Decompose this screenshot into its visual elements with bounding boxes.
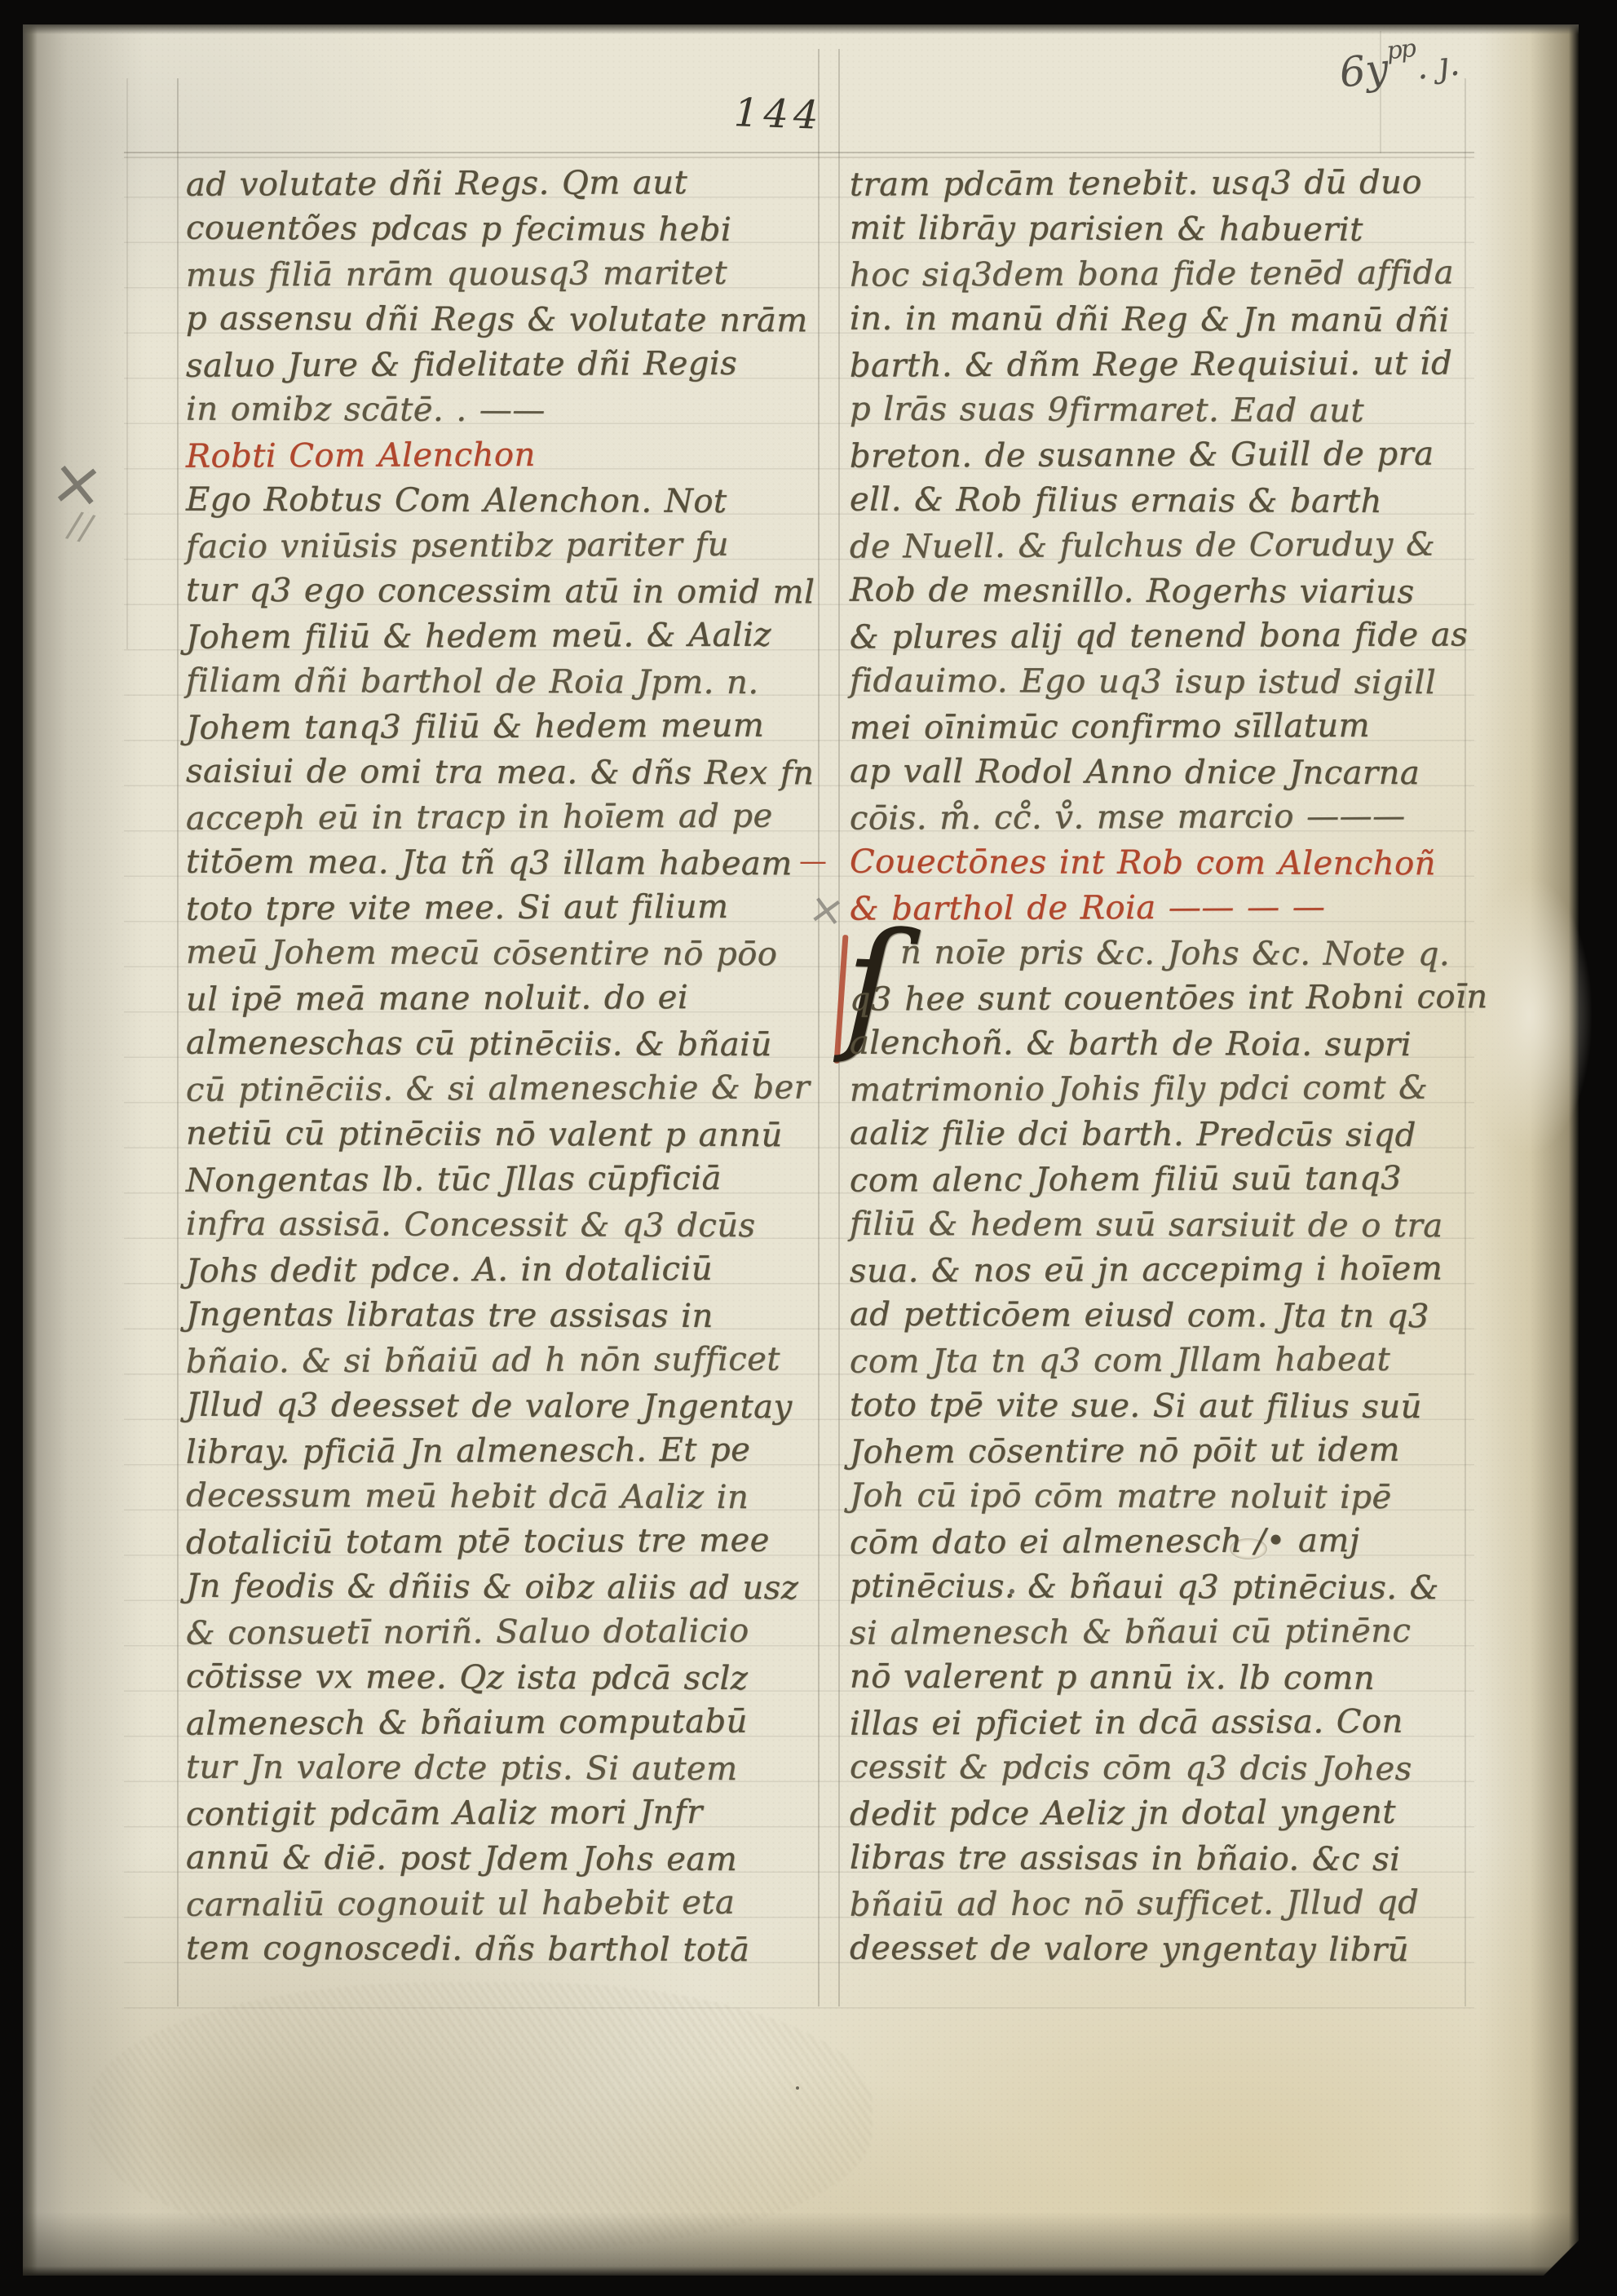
manuscript-line: dedit pdce Aeliz jn dotal yngent	[850, 1789, 1476, 1838]
folio-signature-superscript: pp	[1385, 34, 1416, 65]
manuscript-line: libray. pficiā Jn almenesch. Et pe	[186, 1427, 824, 1475]
top-rule-2	[124, 157, 1474, 158]
manuscript-line: illas ei pficiet in dcā assisa. Con	[850, 1699, 1476, 1747]
manuscript-line: almeneschas cū ptinēciis. & bñaiū	[186, 1020, 824, 1068]
manuscript-line: ell. & Rob filius ernais & barth	[850, 477, 1476, 524]
manuscript-line: facio vniūsis psentibz pariter fu	[186, 522, 824, 570]
manuscript-line: Johem filiū & hedem meū. & Aaliz	[186, 613, 824, 661]
ink-speck	[796, 2086, 799, 2090]
left-text-column: ad volutate dñi Regs. Qm autcouentões pd…	[186, 161, 824, 1972]
manuscript-line: ul ipē meā mane noluit. do ei	[186, 975, 824, 1023]
manuscript-line: saluo Jure & fidelitate dñi Regis	[186, 341, 824, 389]
manuscript-line: ad volutate dñi Regs. Qm aut	[186, 160, 824, 208]
manuscript-line: filiam dñi barthol de Roia Jpm. n.	[186, 658, 824, 706]
parchment-grain-texture	[90, 1982, 873, 2251]
manuscript-line: ad petticōem eiusd com. Jta tn q3	[850, 1292, 1476, 1339]
manuscript-line: Johem cōsentire nō pōit ut idem	[850, 1427, 1476, 1475]
manuscript-line: contigit pdcām Aaliz mori Jnfr	[186, 1789, 824, 1838]
manuscript-line: saisiui de omi tra mea. & dñs Rex fn	[186, 749, 824, 796]
manuscript-line: tur q3 ego concessim atū in omid ml	[186, 568, 824, 615]
manuscript-line: filiū & hedem suū sarsiuit de o tra	[850, 1201, 1476, 1249]
manuscript-line: cessit & pdcis cōm q3 dcis Johes	[850, 1745, 1476, 1792]
manuscript-line: si almenesch & bñaui cū ptinēnc	[850, 1608, 1476, 1657]
manuscript-line: deesset de valore yngentay librū	[850, 1926, 1476, 1973]
manuscript-line: Johs dedit pdce. A. in dotaliciū	[186, 1246, 824, 1294]
manuscript-line: meū Johem mecū cōsentire nō pōo	[186, 930, 824, 977]
manuscript-line: com alenc Johem filiū suū tanq3	[850, 1156, 1476, 1204]
right-text-column: tram pdcām tenebit. usq3 dū duomit librā…	[850, 161, 1476, 1972]
manuscript-line: tur Jn valore dcte ptis. Si autem	[186, 1745, 824, 1792]
manuscript-line: Couectōnes int Rob com Alenchoñ	[850, 839, 1476, 887]
manuscript-line: p lrās suas 9firmaret. Ead aut	[850, 387, 1476, 434]
manuscript-line: n noīe pris &c. Johs &c. Note q.	[850, 930, 1476, 977]
manuscript-line: in. in manū dñi Reg & Jn manū dñi	[850, 296, 1476, 343]
manuscript-line: acceph eū in tracp in hoīem ad pe	[186, 794, 824, 842]
manuscript-line: p assensu dñi Regs & volutate nrām	[186, 296, 824, 343]
manuscript-line: Jllud q3 deesset de valore Jngentay	[186, 1382, 824, 1430]
manuscript-line: nō valerent p annū ix. lb comn	[850, 1654, 1476, 1701]
manuscript-line: decessum meū hebit dcā Aaliz in	[186, 1473, 824, 1520]
folio-number: 144	[733, 90, 824, 139]
manuscript-line: cōtisse vx mee. Qz ista pdcā sclz	[186, 1654, 824, 1701]
folio-signature-main: 6y	[1337, 45, 1391, 97]
manuscript-line: mus filiā nrām quousq3 maritet	[186, 250, 824, 299]
manuscript-line: bñaio. & si bñaiū ad h nōn sufficet	[186, 1337, 824, 1385]
top-rule	[124, 152, 1474, 153]
manuscript-line: & barthol de Roia —— — —	[850, 884, 1476, 932]
manuscript-line: almenesch & bñaium computabū	[186, 1699, 824, 1747]
manuscript-line: Jn feodis & dñiis & oibz aliis ad usz	[186, 1564, 824, 1611]
page-top-shadow	[23, 24, 1579, 34]
manuscript-line: cōis. m̊. cc̊. v̊. mse marcio ———	[850, 794, 1476, 842]
manuscript-line: Johem tanq3 filiū & hedem meum	[186, 703, 824, 751]
manuscript-line: tram pdcām tenebit. usq3 dū duo	[850, 160, 1476, 208]
manuscript-line: mei oīnimūc confirmo sīllatum	[850, 703, 1476, 751]
manuscript-line: alenchoñ. & barth de Roia. supri	[850, 1020, 1476, 1068]
manuscript-line: Rob de mesnillo. Rogerhs viarius	[850, 568, 1476, 615]
manuscript-line: Joh cū ipō cōm matre noluit ipē	[850, 1473, 1476, 1520]
manuscript-line: Jngentas libratas tre assisas in	[186, 1292, 824, 1339]
left-column-bounding-line	[177, 78, 179, 2006]
manuscript-line: libras tre assisas in bñaio. &c si	[850, 1835, 1476, 1882]
manuscript-line: ap vall Rodol Anno dnice Jncarna	[850, 749, 1476, 796]
manuscript-line: aaliz filie dci barth. Predcūs siqd	[850, 1111, 1476, 1158]
page-bottom-shadow	[23, 2212, 1579, 2276]
manuscript-line: Robti Com Alenchon	[186, 431, 824, 480]
manuscript-photo: { "page": { "folio_number": "144", "foli…	[0, 0, 1617, 2296]
manuscript-line: fidauimo. Ego uq3 isup istud sigill	[850, 658, 1476, 706]
manuscript-line: carnaliū cognouit ul habebit eta	[186, 1880, 824, 1928]
outer-bounding-line	[126, 78, 128, 649]
manuscript-line: Nongentas lb. tūc Jllas cūpficiā	[186, 1156, 824, 1204]
manuscript-line: dotaliciū totam ptē tocius tre mee	[186, 1518, 824, 1566]
manuscript-line: & consuetī noriñ. Saluo dotalicio	[186, 1608, 824, 1657]
manuscript-line: barth. & dñm Rege Requisiui. ut id	[850, 341, 1476, 389]
manuscript-line: toto tpre vite mee. Si aut filium	[186, 884, 824, 932]
manuscript-line: breton. de susanne & Guill de pra	[850, 431, 1476, 480]
manuscript-line: in omibz scātē. . ——	[186, 387, 824, 434]
manuscript-line: hoc siq3dem bona fide tenēd affida	[850, 250, 1476, 299]
manuscript-line: Ego Robtus Com Alenchon. Not	[186, 477, 824, 524]
manuscript-line: couentões pdcas p fecimus hebi	[186, 206, 824, 253]
manuscript-line: titōem mea. Jta tñ q3 illam habeam	[186, 839, 824, 887]
manuscript-line: de Nuell. & fulchus de Coruduy &	[850, 522, 1476, 570]
manuscript-line: netiū cū ptinēciis nō valent p annū	[186, 1111, 824, 1158]
corner-cut	[1456, 2153, 1579, 2276]
manuscript-line: cū ptinēciis. & si almeneschie & ber	[186, 1065, 824, 1113]
folio-signature-tail: . ȷ.	[1415, 42, 1462, 86]
manuscript-line: mit librāy parisien & habuerit	[850, 206, 1476, 253]
manuscript-line: q3 hee sunt couentōes int Robni coīn	[850, 975, 1476, 1023]
manuscript-line: matrimonio Johis fily pdci comt &	[850, 1065, 1476, 1113]
manuscript-line: ptinēcius. & bñaui q3 ptinēcius. &	[850, 1564, 1476, 1611]
manuscript-line: toto tpē vite sue. Si aut filius suū	[850, 1382, 1476, 1430]
manuscript-line: cōm dato ei almenesch /• amj	[850, 1518, 1476, 1566]
manuscript-line: sua. & nos eū jn accepimg i hoīem	[850, 1246, 1476, 1294]
manuscript-line: & plures alij qd tenend bona fide as	[850, 613, 1476, 661]
manuscript-line: com Jta tn q3 com Jllam habeat	[850, 1337, 1476, 1385]
manuscript-line: infra assisā. Concessit & q3 dcūs	[186, 1201, 824, 1249]
manuscript-line: tem cognoscedi. dñs barthol totā	[186, 1926, 824, 1973]
manuscript-line: annū & diē. post Jdem Johs eam	[186, 1835, 824, 1882]
manuscript-line: bñaiū ad hoc nō sufficet. Jllud qd	[850, 1880, 1476, 1928]
